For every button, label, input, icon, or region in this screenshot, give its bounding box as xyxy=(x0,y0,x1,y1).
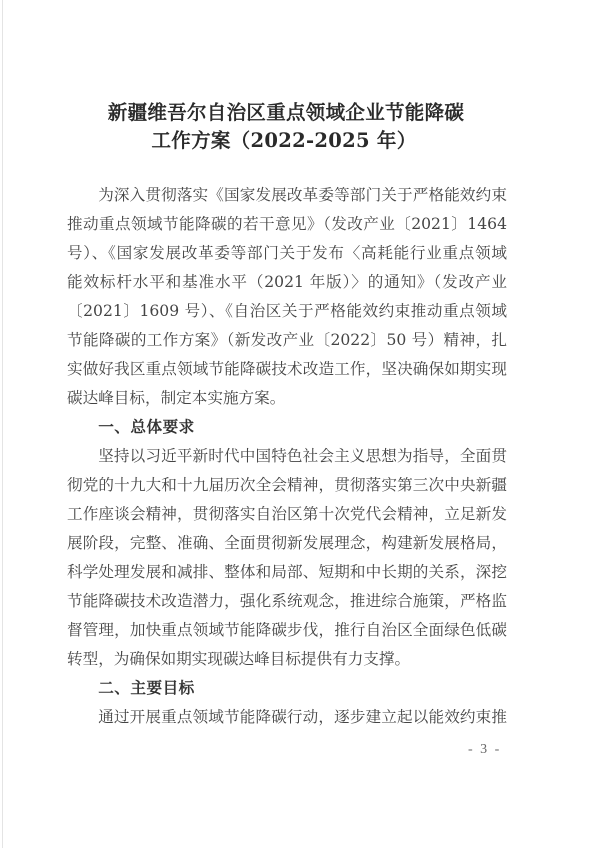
section1-line: 工作座谈会精神，贯彻落实自治区第十次党代会精神，立足新发 xyxy=(67,500,507,529)
section1-line: 展阶段，完整、准确、全面贯彻新发展理念，构建新发展格局， xyxy=(67,529,507,558)
section1-line: 转型，为确保如期实现碳达峰目标提供有力支撑。 xyxy=(67,645,507,674)
page-number: - 3 - xyxy=(468,742,501,758)
intro-line: 推动重点领域节能降碳的若干意见》（发改产业〔2021〕1464 xyxy=(67,210,507,239)
section1-line: 督管理，加快重点领域节能降碳步伐，推行自治区全面绿色低碳 xyxy=(67,616,507,645)
document-title-line-1: 新疆维吾尔自治区重点领域企业节能降碳 xyxy=(0,97,586,125)
section1-line: 节能降碳技术改造潜力，强化系统观念，推进综合施策，严格监 xyxy=(67,587,507,616)
intro-line: 实做好我区重点领域节能降碳技术改造工作，坚决确保如期实现 xyxy=(67,355,507,384)
intro-line: 能效标杆水平和基准水平（2021 年版）〉的通知》（发改产业 xyxy=(67,268,507,297)
section2-line: 通过开展重点领域节能降碳行动，逐步建立起以能效约束推 xyxy=(67,703,507,732)
intro-line: 〔2021〕1609 号）、《自治区关于严格能效约束推动重点领域 xyxy=(67,297,507,326)
document-body: 为深入贯彻落实《国家发展改革委等部门关于严格能效约束 推动重点领域节能降碳的若干… xyxy=(67,181,507,732)
section1-line: 科学处理发展和减排、整体和局部、短期和中长期的关系，深挖 xyxy=(67,558,507,587)
document-title-line-2: 工作方案（2022-2025 年） xyxy=(0,125,584,153)
section1-line: 彻党的十九大和十九届历次全会精神，贯彻落实第三次中央新疆 xyxy=(67,471,507,500)
section1-line: 坚持以习近平新时代中国特色社会主义思想为指导，全面贯 xyxy=(67,442,507,471)
intro-line: 为深入贯彻落实《国家发展改革委等部门关于严格能效约束 xyxy=(67,181,507,210)
intro-line: 号）、《国家发展改革委等部门关于发布〈高耗能行业重点领域 xyxy=(67,239,507,268)
section-heading-general-requirements: 一、总体要求 xyxy=(67,413,507,442)
section-heading-main-goals: 二、主要目标 xyxy=(67,674,507,703)
intro-line: 碳达峰目标，制定本实施方案。 xyxy=(67,384,507,413)
intro-line: 节能降碳的工作方案》（新发改产业〔2022〕50 号）精神，扎 xyxy=(67,326,507,355)
